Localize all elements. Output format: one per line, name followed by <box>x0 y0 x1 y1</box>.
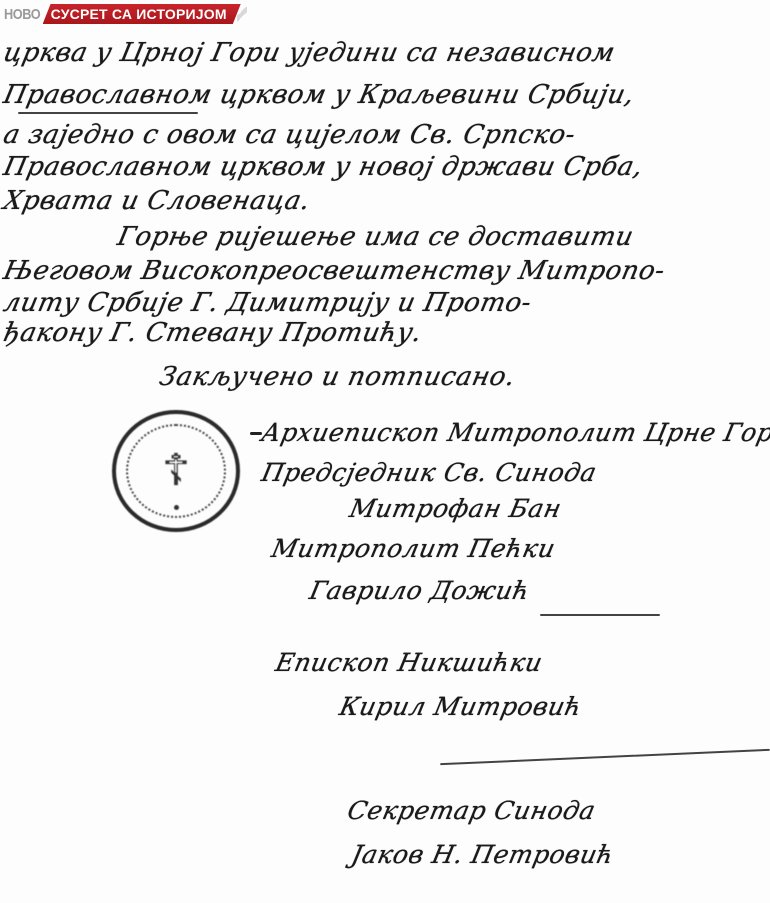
signature-title: Митрополит Пећки <box>269 534 558 563</box>
document-closing-line: Закључено и потписано. <box>157 362 518 392</box>
document-line: а заједно с овом са цијелом Св. Српско- <box>1 120 578 150</box>
synod-seal: ☦ <box>112 410 240 532</box>
document-line: Његовом Високопреосвештенству Митропо- <box>1 256 668 286</box>
document-line-indented: Горње ријешење има се доставити <box>115 222 637 252</box>
document-line: литу Србије Г. Димитрију и Прото- <box>1 288 535 318</box>
underline-stroke <box>18 112 198 114</box>
signature-title: Епископ Никшићки <box>273 648 545 677</box>
seal-dot <box>174 505 179 510</box>
signature-title: Предсједник Св. Синода <box>259 458 600 487</box>
signature-name: Митрофан Бан <box>347 494 564 523</box>
document-line: Хрвата и Словенаца. <box>1 186 313 216</box>
double-headed-eagle-icon: ☦ <box>162 449 191 493</box>
separator-stroke <box>440 749 770 765</box>
section-title-ribbon[interactable]: СУСРЕТ СА ИСТОРИЈОМ <box>43 4 241 24</box>
site-header-banner: НОВО СУСРЕТ СА ИСТОРИЈОМ <box>4 4 247 24</box>
signature-name: Кирил Митровић <box>337 692 585 721</box>
dash-mark <box>250 432 262 435</box>
scanned-document: НОВО СУСРЕТ СА ИСТОРИЈОМ црква у Црној Г… <box>0 0 770 903</box>
signature-name: Гаврило Дожић <box>307 576 533 605</box>
document-line: Православном црквом у новој држави Срба, <box>1 152 646 182</box>
document-line: црква у Црној Гори уједини са независном <box>1 38 618 68</box>
signature-title: Секретар Синода <box>345 796 598 825</box>
signature-name: Јаков Н. Петровић <box>349 840 617 869</box>
site-logo[interactable]: НОВО <box>4 6 40 23</box>
seal-inner-ring: ☦ <box>126 424 226 518</box>
signature-title: Архиепископ Митрополит Црне Горе и <box>259 418 770 447</box>
document-line: ђакону Г. Стевану Протићу. <box>1 318 425 348</box>
document-line: Православном црквом у Краљевини Србији, <box>1 80 637 110</box>
underline-stroke <box>540 614 660 616</box>
